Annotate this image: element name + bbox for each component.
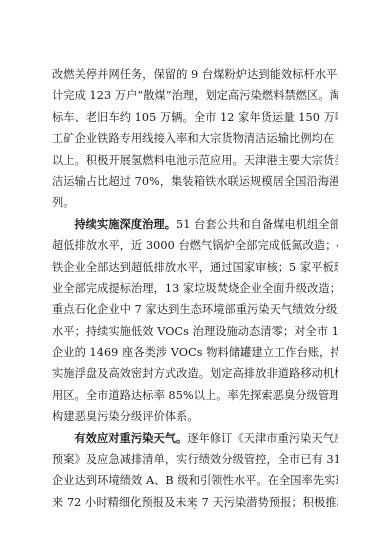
text-line: 实施浮盘及高效密封方式改造。划定高排放非道路移动机械禁 bbox=[52, 363, 338, 384]
paragraph-text: 逐年修订《天津市重污染天气应急 bbox=[187, 432, 338, 445]
text-line: 用区。全市道路达标率 85%以上。率先探索恶臭分级管理模式， bbox=[52, 385, 338, 406]
text-line: 水平；持续实施低效 VOCs 治理设施动态清零；对全市 116 家 bbox=[52, 321, 338, 342]
paragraph-text: 51 台套公共和自备煤电机组全部达到 bbox=[176, 218, 338, 231]
text-line: 列。 bbox=[52, 192, 338, 213]
paragraph-heading: 有效应对重污染天气。 bbox=[74, 431, 187, 445]
text-line: 洁运输占比超过 70%，集装箱铁水联运规模居全国沿海港口前 bbox=[52, 171, 338, 192]
paragraph-first-line: 有效应对重污染天气。逐年修订《天津市重污染天气应急 bbox=[52, 428, 338, 449]
text-line: 企业达到环境绩效 A、B 级和引领性水平。在全国率先实现未 bbox=[52, 470, 338, 491]
document-page: 改燃关停并网任务，保留的 9 台煤粉炉达到能效标杆水平。累 计完成 123 万户… bbox=[0, 0, 390, 551]
text-line: 业全部完成提标治理，13 家垃圾焚烧企业全面升级改造；8 家 bbox=[52, 278, 338, 299]
text-line: 标车、老旧车约 105 万辆。全市 12 家年货运量 150 万吨以上的 bbox=[52, 107, 338, 128]
paragraph-first-line: 持续实施深度治理。51 台套公共和自备煤电机组全部达到 bbox=[52, 214, 338, 235]
text-line: 铁企业全部达到超低排放水平，通过国家审核；5 家平板玻璃企 bbox=[52, 257, 338, 278]
text-line: 构建恶臭污染分级评价体系。 bbox=[52, 406, 338, 427]
text-line: 计完成 123 万户“散煤”治理，划定高污染燃料禁燃区。淘汰黄 bbox=[52, 85, 338, 106]
page-number: 2 bbox=[0, 503, 390, 511]
paragraph-heading: 持续实施深度治理。 bbox=[74, 217, 176, 231]
text-line: 改燃关停并网任务，保留的 9 台煤粉炉达到能效标杆水平。累 bbox=[52, 64, 338, 85]
text-line: 超低排放水平，近 3000 台燃气锅炉全部完成低氮改造；4 家钢 bbox=[52, 235, 338, 256]
text-line: 以上。积极开展氢燃料电池示范应用。天津港主要大宗货类清 bbox=[52, 150, 338, 171]
text-line: 工矿企业铁路专用线接入率和大宗货物清洁运输比例均在 80% bbox=[52, 128, 338, 149]
document-body: 改燃关停并网任务，保留的 9 台煤粉炉达到能效标杆水平。累 计完成 123 万户… bbox=[52, 64, 338, 513]
text-line: 企业的 1469 座各类涉 VOCs 物料储罐建立工作台账，持续推动 bbox=[52, 342, 338, 363]
text-line: 重点石化企业中 7 家达到生态环境部重污染天气绩效分级 A 级 bbox=[52, 299, 338, 320]
text-line: 预案》及应急减排清单，实行绩效分级管控，全市已有 319 家 bbox=[52, 449, 338, 470]
